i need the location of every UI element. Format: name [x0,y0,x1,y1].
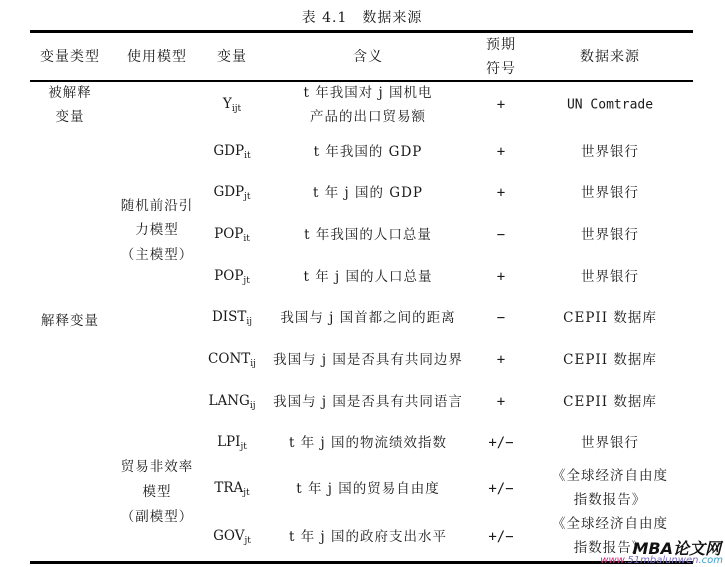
header-sign-line1: 预期 [486,34,516,54]
variable-cell: TRAjt [214,480,249,498]
source-cell: CEPII 数据库 [563,348,657,372]
sign-cell: + [497,269,505,285]
source-cell-line2: 指数报告》 [574,488,647,512]
meaning-cell: t 年我国的 GDP [314,140,423,164]
meaning-cell: t 年我国的人口总量 [304,223,432,247]
source-cell: 世界银行 [581,431,639,455]
header-source: 数据来源 [580,46,640,66]
group-explanatory: 解释变量 [41,309,99,333]
sign-cell: − [497,227,505,243]
variable-cell: DISTij [212,309,252,327]
variable-cell: CONTij [208,351,256,369]
source-cell: 世界银行 [581,140,639,164]
header-variable: 变量 [217,46,247,66]
meaning-cell-line1: t 年我国对 j 国机电 [304,81,433,105]
source-cell-line1: 《全球经济自由度 [552,464,668,488]
variable-cell: POPjt [214,268,250,286]
variable-cell: LANGij [209,393,256,411]
sign-cell: + [497,185,505,201]
group-sub-model-line2: 模型 [143,480,172,504]
sign-cell: + [497,97,505,113]
meaning-cell-line2: 产品的出口贸易额 [310,105,426,129]
table-caption: 表 4.1 数据来源 [302,7,423,27]
sign-cell: +/− [488,529,513,545]
group-main-model-line2: 力模型 [135,218,179,242]
group-dependent-line1: 被解释 [48,81,92,105]
meaning-cell: 我国与 j 国是否具有共同语言 [273,390,463,414]
meaning-cell: t 年 j 国的人口总量 [304,265,433,289]
sign-cell: + [497,144,505,160]
sign-cell: + [497,394,505,410]
variable-cell: GDPit [213,143,250,161]
variable-cell: GDPjt [213,184,250,202]
meaning-cell: t 年 j 国的 GDP [313,181,423,205]
source-cell: CEPII 数据库 [563,306,657,330]
bottom-rule [30,561,693,564]
source-cell: 世界银行 [581,181,639,205]
header-sign-line2: 符号 [486,58,516,78]
variable-cell: POPit [214,226,250,244]
variable-cell: LPIjt [217,434,247,452]
meaning-cell: t 年 j 国的物流绩效指数 [289,431,447,455]
sign-cell: +/− [488,481,513,497]
meaning-cell: t 年 j 国的贸易自由度 [296,477,439,501]
group-main-model-line3: （主模型） [121,243,194,267]
meaning-cell: t 年 j 国的政府支出水平 [289,525,447,549]
source-cell: CEPII 数据库 [563,390,657,414]
variable-cell: Yijt [223,96,241,114]
source-cell-line1: 《全球经济自由度 [552,512,668,536]
group-main-model-line1: 随机前沿引 [121,194,194,218]
sign-cell: +/− [488,435,513,451]
source-cell: 世界银行 [581,265,639,289]
header-model: 使用模型 [127,46,187,66]
sign-cell: − [497,310,505,326]
header-var-type: 变量类型 [40,46,100,66]
source-cell: 世界银行 [581,223,639,247]
variable-cell: GOVjt [213,528,251,546]
header-meaning: 含义 [353,46,383,66]
sign-cell: + [497,352,505,368]
meaning-cell: 我国与 j 国是否具有共同边界 [273,348,463,372]
source-cell: UN Comtrade [567,98,653,113]
meaning-cell: 我国与 j 国首都之间的距离 [280,306,455,330]
group-sub-model-line3: （副模型） [121,505,194,529]
group-dependent-line2: 变量 [56,105,85,129]
top-rule [30,30,693,33]
group-sub-model-line1: 贸易非效率 [121,455,194,479]
watermark-url: www.51mbalunwen.com [600,555,723,566]
